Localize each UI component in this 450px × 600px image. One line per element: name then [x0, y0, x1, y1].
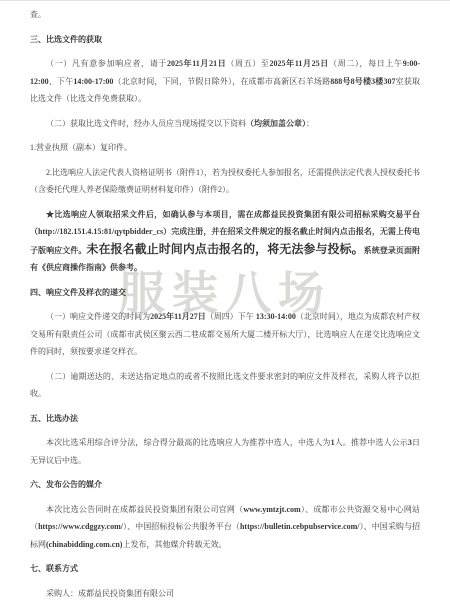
section-5-heading: 五、比选办法 [30, 410, 420, 428]
section-3-para-1: （一）凡有意参加响应者，请于2025年11月21日（周五）至2025年11月25… [30, 55, 420, 108]
date-end-text: 2025年11月25日 [270, 59, 329, 68]
time-afternoon-text: 14:00-17:00 [73, 77, 113, 86]
section-3-para-2: （二）获取比选文件时，经办人员应当现场提交以下资料（均须加盖公章）： [30, 115, 420, 133]
text-run: （二）获取比选文件时，经办人员应当现场提交以下资料 [46, 119, 246, 128]
section-4-heading: 四、响应文件及样衣的递交 [30, 284, 420, 302]
chinabidding-url-text: (chinabidding.com.cn) [46, 540, 122, 549]
text-run: 人。推荐中选人公示 [335, 438, 408, 447]
section-6-para-1: 本次比选公告同时在成都益民投资集团有限公司官网（www.ymtzjt.com）、… [30, 501, 420, 554]
section-4-para-2: （二）逾期送达的、未送达指定地点的或者不按照比选文件要求密封的响应文件及样衣，采… [30, 368, 420, 403]
section-4-para-1: （一）响应文件递交的时间为2025年11月27日（周四）下午 13:30-14:… [30, 308, 420, 361]
text-run: （周二），每日上午 [329, 59, 403, 68]
continuation-text: 查。 [30, 6, 420, 24]
text-run: 上发布，其他媒介转载无效。 [122, 540, 226, 549]
text-run: （北京时间，下同，节假日除外），在成都市高新区石羊场路 [113, 77, 330, 86]
section-3-star-note: ★比选响应人领取招采文件后，如确认参与本项目，需在成都益民投资集团有限公司招标采… [30, 206, 420, 277]
submission-time-text: 13:30-14:00 [256, 312, 296, 321]
text-run: 、下午 [49, 77, 74, 86]
section-3-item-2: 2.比选响应人法定代表人资格证明书（附件1），若为授权委托人参加报名，还需提供法… [30, 164, 420, 199]
text-run: 本次比选采用综合评分法，综合得分最高的比选响应人为推荐中选人，中选人为 [46, 438, 331, 447]
section-3-heading: 三、比选文件的获取 [30, 31, 420, 49]
text-run: （周四）下午 [206, 312, 256, 321]
section-5-para-1: 本次比选采用综合评分法，综合得分最高的比选响应人为推荐中选人，中选人为1人。推荐… [30, 434, 420, 469]
date-start-text: 2025年11月21日 [167, 59, 226, 68]
cdggzy-url-text: https://www.cdggzy.com/ [38, 522, 123, 531]
section-3-item-1: 1.营业执照（副本）复印件。 [30, 139, 420, 157]
document-content: 查。 三、比选文件的获取 （一）凡有意参加响应者，请于2025年11月21日（周… [0, 1, 450, 600]
seal-required-text: （均须加盖公章） [246, 119, 306, 128]
deadline-warning-text: 未在报名截止时间内点击报名的，将无法参与投标。 [86, 242, 363, 256]
text-run: 本次比选公告同时在成都益民投资集团有限公司官网（ [46, 505, 243, 514]
section-7-heading: 七、联系方式 [30, 560, 420, 578]
text-run: （一）响应文件递交的时间为 [46, 312, 150, 321]
cebpubservice-url-text: https://bulletin.cebpubservice.com/ [240, 522, 360, 531]
section-7-para-1: 采购人：成都益民投资集团有限公司 [30, 585, 420, 600]
address-number-text: 888号8号楼3楼307 [330, 77, 395, 86]
text-run: （周五）至 [226, 59, 269, 68]
submission-date-text: 2025年11月27日 [150, 312, 206, 321]
document-page: 服装八场 查。 三、比选文件的获取 （一）凡有意参加响应者，请于2025年11月… [0, 0, 450, 600]
text-run: （一）凡有意参加响应者，请于 [46, 59, 167, 68]
text-run: ： [306, 119, 314, 128]
platform-url-text: http://182.151.4.15:81/qytpbidder_cs [38, 227, 163, 236]
text-run: ）、中国招标投标公共服务平台（ [123, 522, 240, 531]
company-site-url-text: www.ymtzjt.com [243, 505, 300, 514]
section-6-heading: 六、发布公告的媒介 [30, 476, 420, 494]
